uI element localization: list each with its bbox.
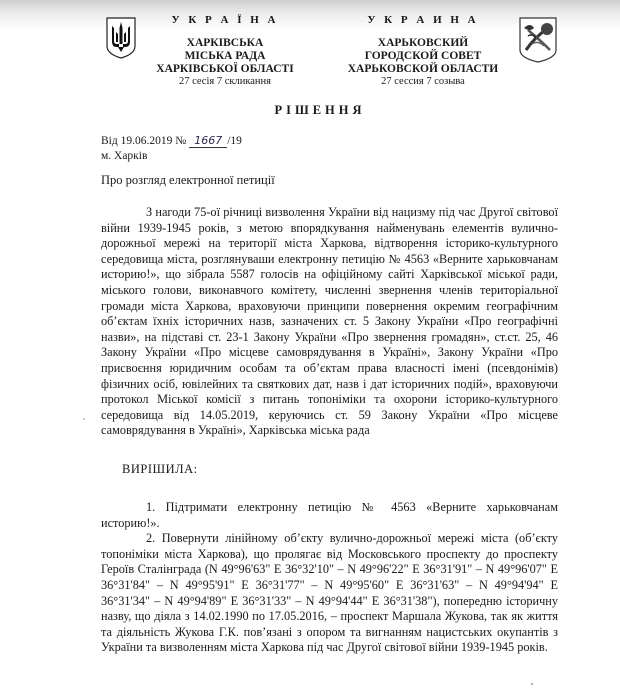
- document-number-handwritten: 1667: [189, 135, 227, 148]
- header-ukrainian: У К Р А Ї Н А ХАРКІВСЬКА МІСЬКА РАДА ХАР…: [110, 14, 340, 88]
- document-date-line: Від 19.06.2019 №1667/19: [101, 134, 242, 149]
- council-name-line-2: ГОРОДСКОЙ СОВЕТ: [308, 50, 538, 63]
- preamble-paragraph: З нагоди 75-ої річниці визволення Україн…: [101, 205, 558, 439]
- document-number-suffix: /19: [227, 135, 242, 147]
- session-info: 27 сесія 7 скликання: [110, 76, 340, 88]
- scan-speck: [83, 418, 85, 420]
- scan-speck: [531, 683, 533, 685]
- council-name-line-1: ХАРКІВСЬКА: [110, 37, 340, 50]
- document-date-block: Від 19.06.2019 №1667/19 м. Харків: [101, 134, 242, 164]
- council-name-line-3: ХАРЬКОВСКОЙ ОБЛАСТИ: [308, 63, 538, 76]
- document-city: м. Харків: [101, 149, 242, 164]
- document-subject: Про розгляд електронної петиції: [101, 173, 275, 188]
- document-date: Від 19.06.2019 №: [101, 135, 186, 147]
- council-name-line-1: ХАРЬКОВСКИЙ: [308, 37, 538, 50]
- resolution-items: 1. Підтримати електронну петицію № 4563 …: [101, 500, 558, 656]
- resolution-item-1: 1. Підтримати електронну петицію № 4563 …: [101, 500, 558, 531]
- document-title: РІШЕННЯ: [0, 103, 620, 118]
- resolved-label: ВИРІШИЛА:: [122, 462, 198, 477]
- resolution-item-2: 2. Повернути лінійному об’єкту вулично-д…: [101, 531, 558, 656]
- country-name-ukrainian: У К Р А Ї Н А: [110, 14, 340, 27]
- council-name-line-2: МІСЬКА РАДА: [110, 50, 340, 63]
- country-name-russian: У К Р А И Н А: [308, 14, 538, 27]
- header-russian: У К Р А И Н А ХАРЬКОВСКИЙ ГОРОДСКОЙ СОВЕ…: [308, 14, 538, 88]
- session-info: 27 сессия 7 созыва: [308, 76, 538, 88]
- council-name-line-3: ХАРКІВСЬКОЇ ОБЛАСТІ: [110, 63, 340, 76]
